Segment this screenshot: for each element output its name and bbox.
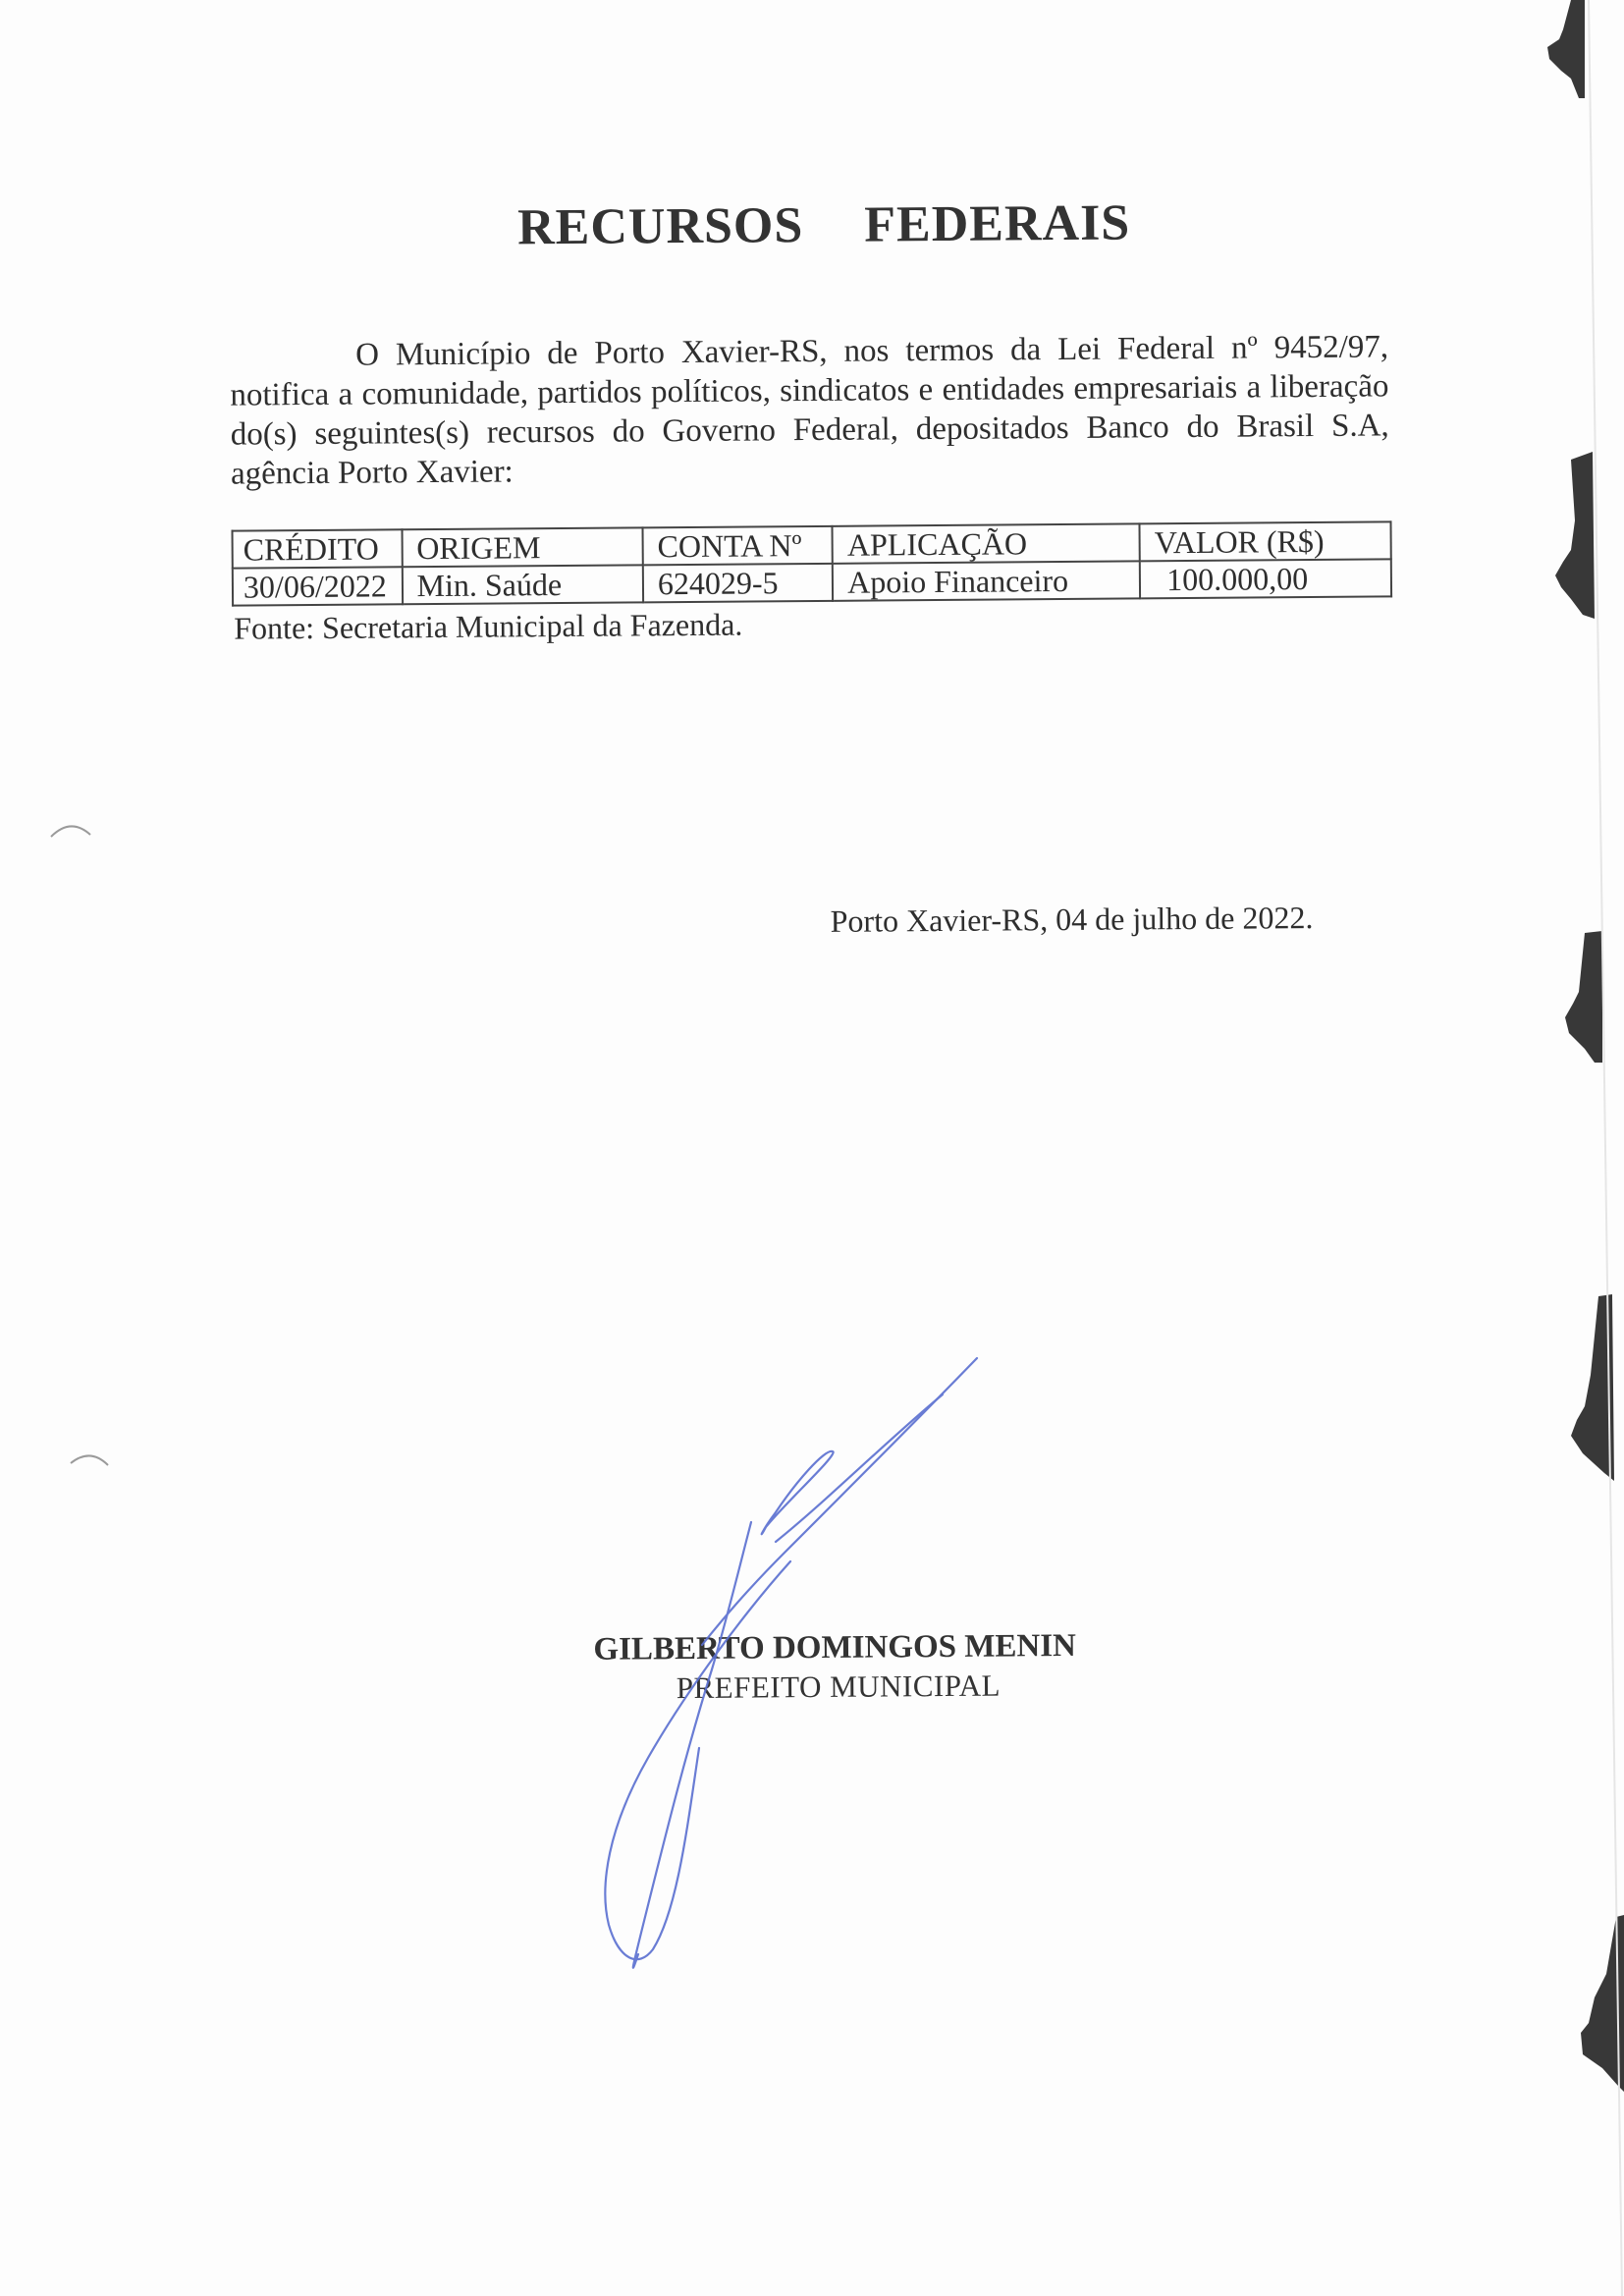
- column-header-aplicacao: APLICAÇÃO: [833, 523, 1140, 563]
- column-header-origem: ORIGEM: [402, 527, 643, 567]
- signatory-name: GILBERTO DOMINGOS MENIN: [593, 1628, 1076, 1668]
- scanned-page: RECURSOSFEDERAIS O Município de Porto Xa…: [0, 0, 1624, 2296]
- cell-valor: 100.000,00: [1140, 559, 1391, 598]
- title-word: RECURSOS: [517, 196, 804, 256]
- table-row: 30/06/2022 Min. Saúde 624029-5 Apoio Fin…: [233, 559, 1391, 605]
- document-title: RECURSOSFEDERAIS: [517, 193, 1131, 256]
- resources-table: CRÉDITO ORIGEM CONTA Nº APLICAÇÃO VALOR …: [232, 520, 1393, 606]
- document-body: RECURSOSFEDERAIS O Município de Porto Xa…: [0, 0, 1624, 2296]
- paragraph-line: agência Porto Xavier:: [231, 445, 1389, 493]
- column-header-valor: VALOR (R$): [1140, 521, 1391, 561]
- title-word: FEDERAIS: [864, 193, 1130, 253]
- source-note: Fonte: Secretaria Municipal da Fazenda.: [234, 607, 742, 647]
- signatory-role: PREFEITO MUNICIPAL: [677, 1668, 1001, 1707]
- column-header-conta: CONTA Nº: [642, 526, 833, 566]
- place-and-date: Porto Xavier-RS, 04 de julho de 2022.: [831, 900, 1314, 940]
- column-header-credito: CRÉDITO: [233, 529, 403, 568]
- cell-credito: 30/06/2022: [233, 567, 403, 605]
- cell-conta: 624029-5: [643, 564, 834, 603]
- notice-paragraph: O Município de Porto Xavier-RS, nos term…: [230, 327, 1389, 493]
- cell-aplicacao: Apoio Financeiro: [833, 561, 1140, 600]
- cell-origem: Min. Saúde: [402, 565, 643, 604]
